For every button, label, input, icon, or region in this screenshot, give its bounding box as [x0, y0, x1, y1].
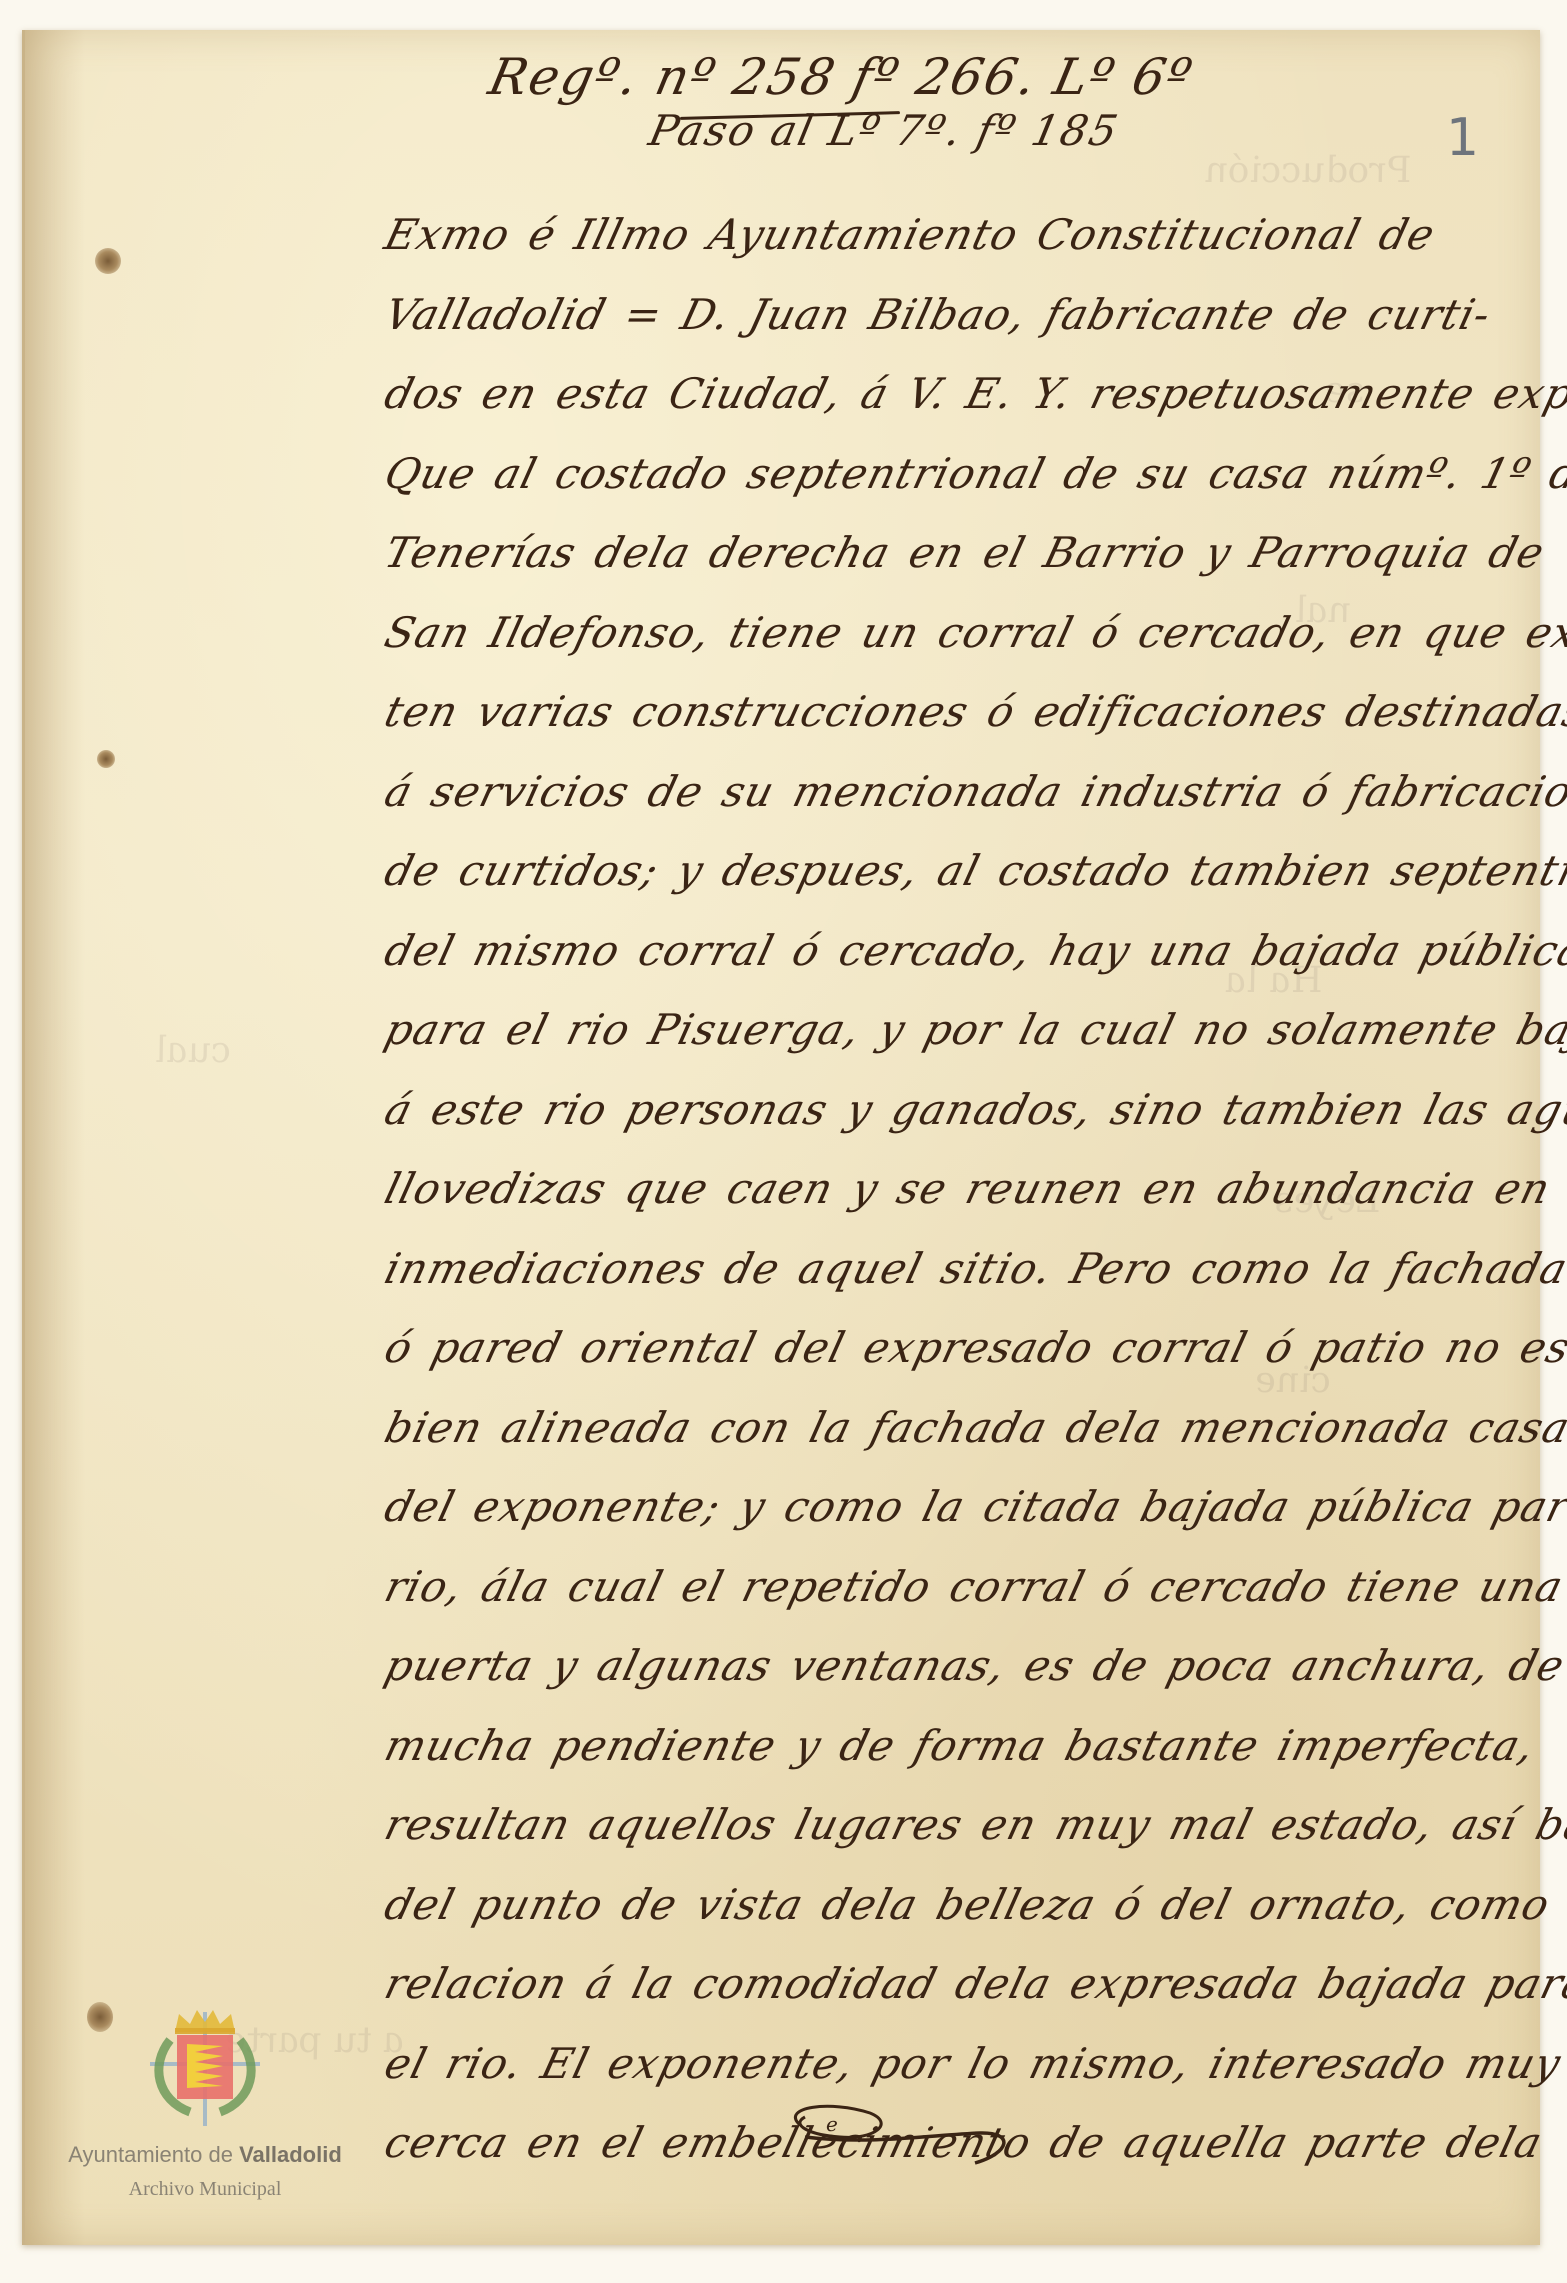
manuscript-line: Valladolid = D. Juan Bilbao, fabricante …: [376, 275, 1541, 355]
manuscript-body: Exmo é Illmo Ayuntamiento Constitucional…: [376, 195, 1521, 2183]
manuscript-line: del mismo corral ó cercado, hay una baja…: [376, 911, 1541, 991]
archive-reference-line-1: Regº. nº 258 fº 266. Lº 6º: [484, 48, 1199, 106]
manuscript-line: Tenerías dela derecha en el Barrio y Par…: [376, 513, 1541, 593]
manuscript-line: del punto de vista dela belleza ó del or…: [376, 1865, 1541, 1945]
page-number: 1: [1446, 108, 1479, 168]
manuscript-line: el rio. El exponente, por lo mismo, inte…: [376, 2024, 1541, 2104]
manuscript-line: resultan aquellos lugares en muy mal est…: [376, 1785, 1541, 1865]
closing-flourish-icon: e: [760, 2095, 1040, 2175]
stain-spot: [97, 750, 115, 768]
manuscript-line: puerta y algunas ventanas, es de poca an…: [376, 1626, 1541, 1706]
watermark-city: Valladolid: [239, 2142, 342, 2167]
manuscript-line: dos en esta Ciudad, á V. E. Y. respetuos…: [376, 354, 1541, 434]
manuscript-line: San Ildefonso, tiene un corral ó cercado…: [376, 593, 1541, 673]
manuscript-line: para el rio Pisuerga, y por la cual no s…: [376, 990, 1541, 1070]
svg-text:e: e: [826, 2112, 838, 2136]
manuscript-line: de curtidos; y despues, al costado tambi…: [376, 831, 1541, 911]
manuscript-line: rio, ála cual el repetido corral ó cerca…: [376, 1547, 1541, 1627]
manuscript-line: ó pared oriental del expresado corral ó …: [376, 1308, 1541, 1388]
manuscript-line: Exmo é Illmo Ayuntamiento Constitucional…: [376, 195, 1541, 275]
manuscript-line: ten varias construcciones ó edificacione…: [376, 672, 1541, 752]
stain-spot: [95, 248, 121, 274]
page-edge-shading: [25, 30, 85, 2245]
watermark-subtitle: Archivo Municipal: [55, 2178, 355, 2201]
manuscript-line: á este rio personas y ganados, sino tamb…: [376, 1070, 1541, 1150]
manuscript-line: á servicios de su mencionada industria ó…: [376, 752, 1541, 832]
bleed-through-text: cual: [151, 1030, 236, 1071]
bleed-through-text: Producción: [1201, 150, 1416, 191]
manuscript-line: llovedizas que caen y se reunen en abund…: [376, 1149, 1541, 1229]
archive-watermark: Ayuntamiento de Valladolid Archivo Munic…: [55, 2000, 355, 2201]
manuscript-line: Que al costado septentrional de su casa …: [376, 434, 1541, 514]
manuscript-line: inmediaciones de aquel sitio. Pero como …: [376, 1229, 1541, 1309]
valladolid-coat-of-arms-icon: [135, 2000, 275, 2130]
watermark-organization: Ayuntamiento de Valladolid: [55, 2142, 355, 2168]
manuscript-line: mucha pendiente y de forma bastante impe…: [376, 1706, 1541, 1786]
manuscript-line: del exponente; y como la citada bajada p…: [376, 1467, 1541, 1547]
manuscript-line: bien alineada con la fachada dela mencio…: [376, 1388, 1541, 1468]
archive-reference-line-2: Paso al Lº 7º. fº 185: [645, 106, 1124, 155]
manuscript-line: relacion á la comodidad dela expresada b…: [376, 1944, 1541, 2024]
